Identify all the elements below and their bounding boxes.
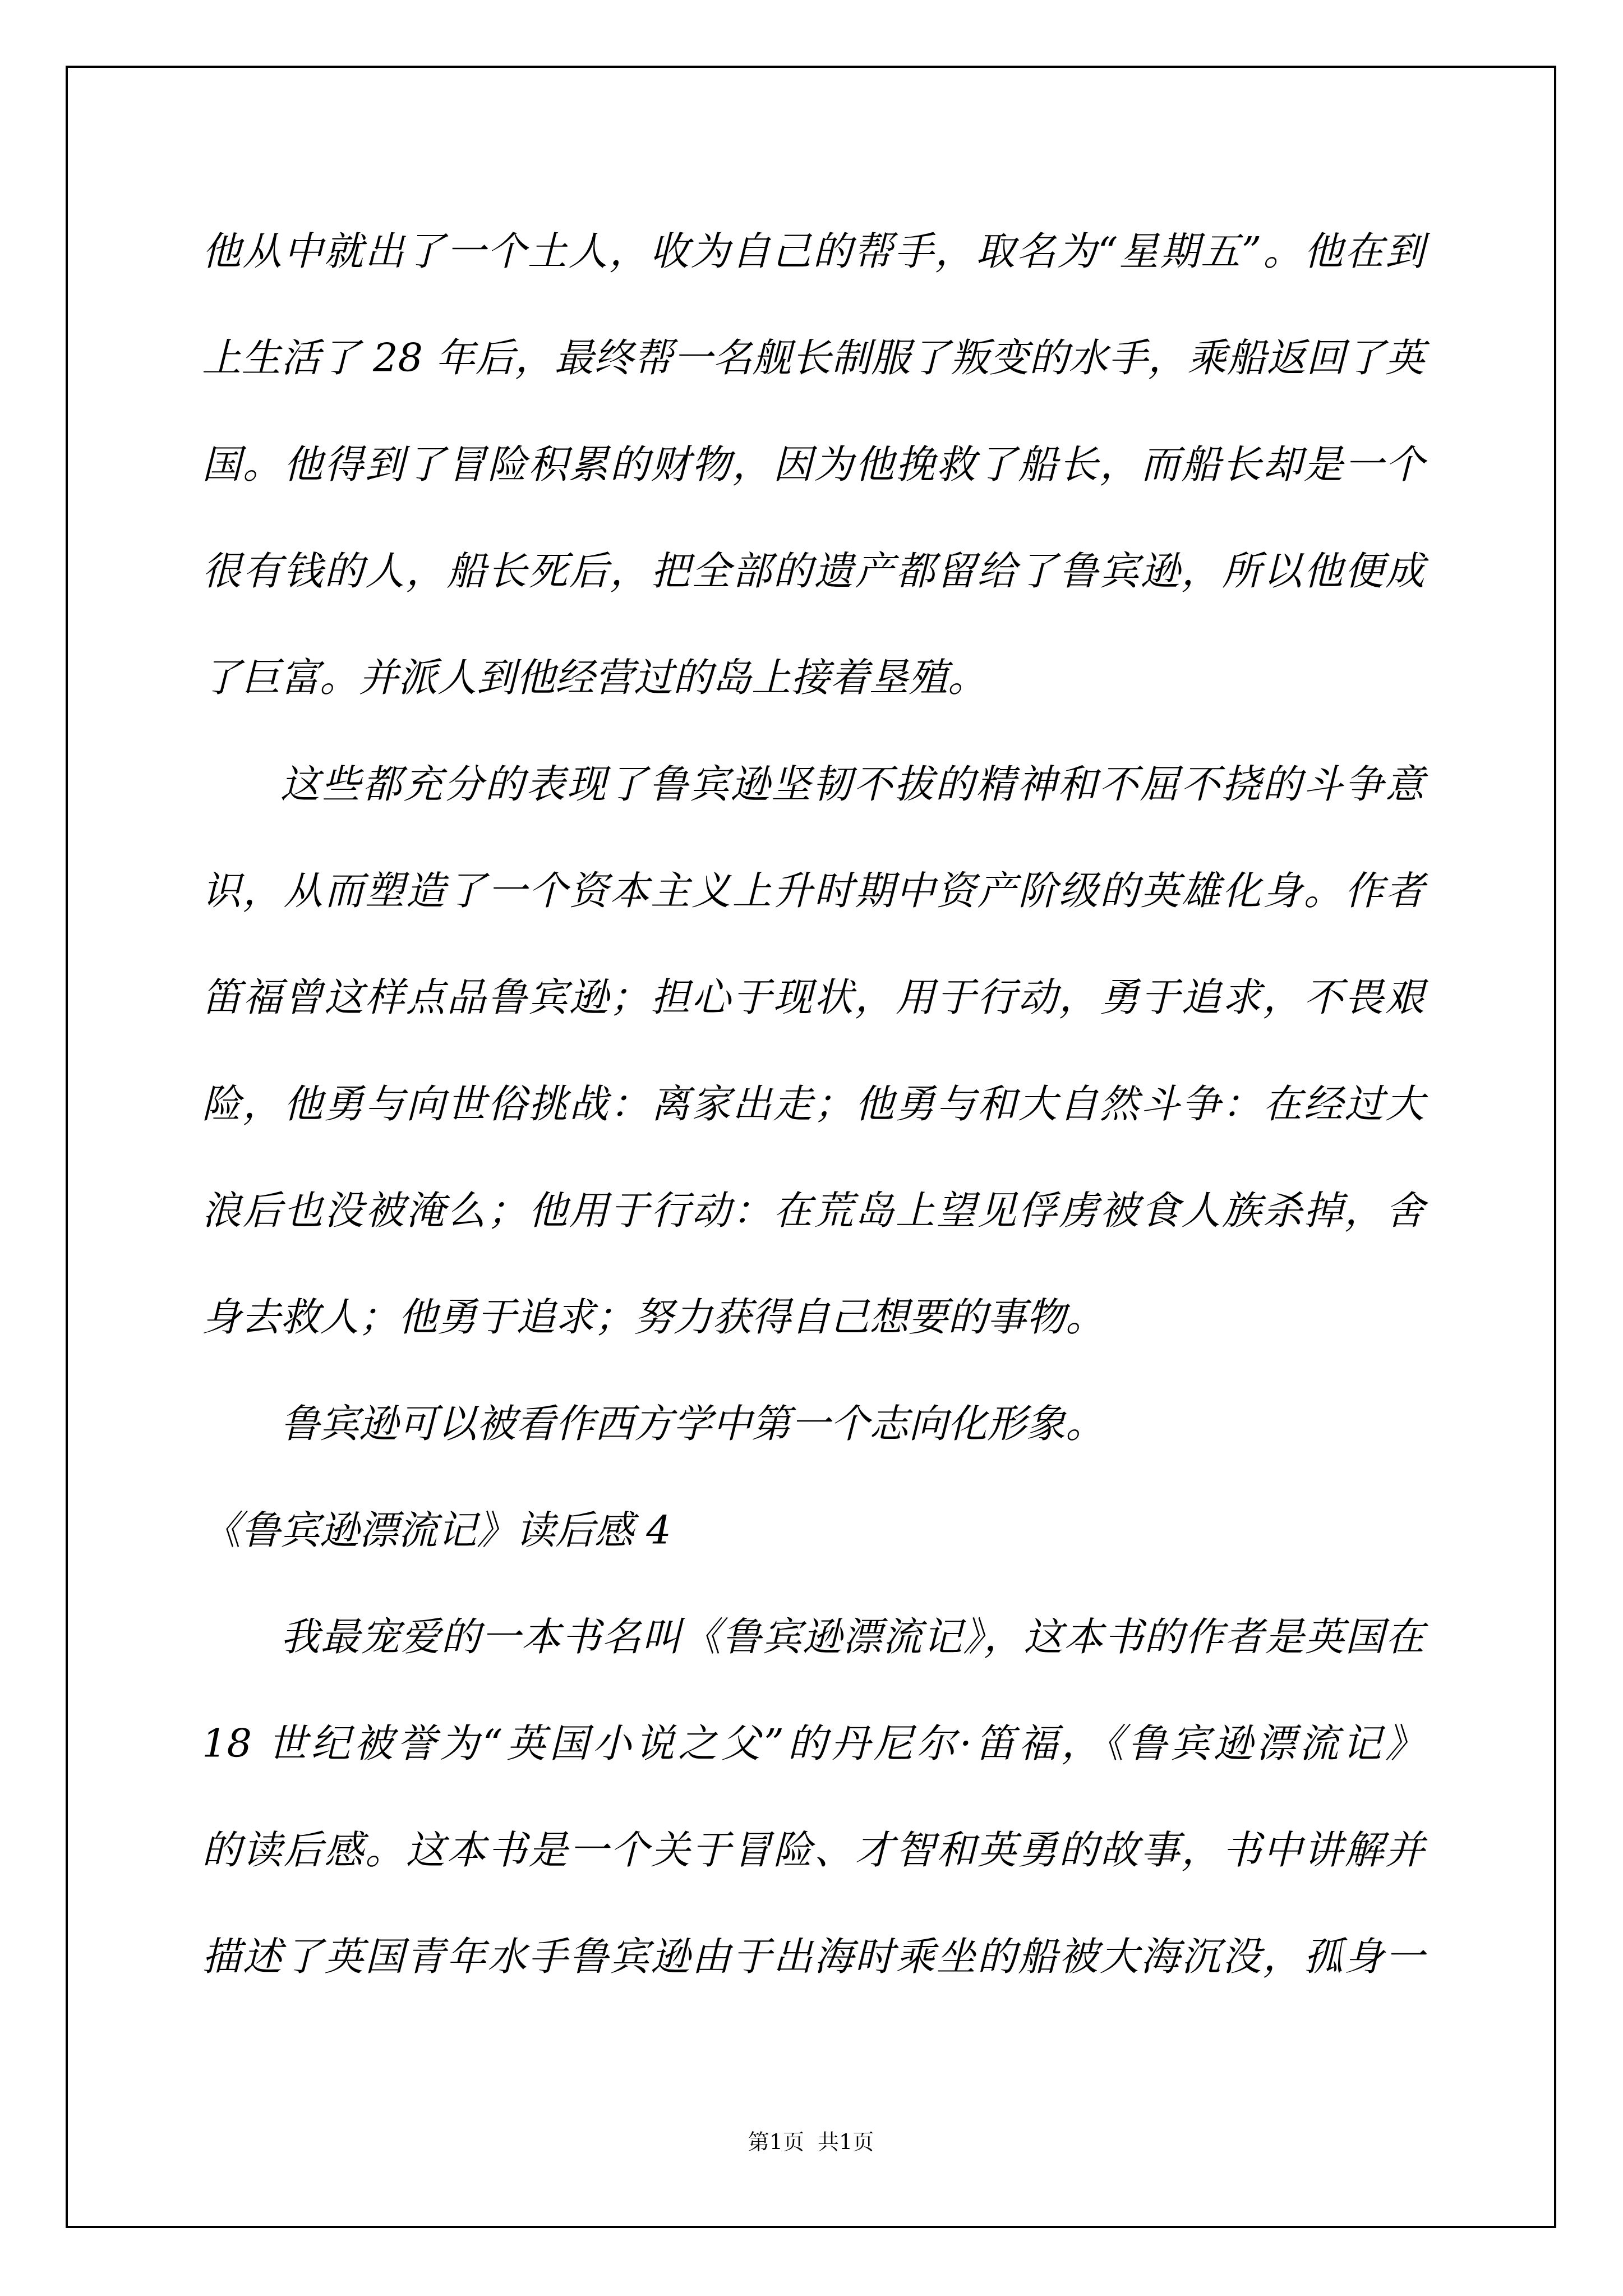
text-line: 鲁宾逊可以被看作西方学中第一个志向化形象。	[202, 1370, 1424, 1477]
text-line: 上生活了 28 年后，最终帮一名舰长制服了叛变的水手，乘船返回了英	[202, 305, 1424, 411]
text-line: 险，他勇与向世俗挑战：离家出走；他勇与和大自然斗争：在经过大	[202, 1051, 1424, 1157]
text-line: 浪后也没被淹么；他用于行动：在荒岛上望见俘虏被食人族杀掉，舍	[202, 1157, 1424, 1264]
text-line: 国。他得到了冒险积累的财物，因为他挽救了船长，而船长却是一个	[202, 411, 1424, 518]
text-line: 18 世纪被誉为“英国小说之父”的丹尼尔·笛福，《鲁宾逊漂流记》	[202, 1690, 1424, 1797]
page-footer: 第1页 共1页	[66, 2125, 1556, 2159]
text-line: 《鲁宾逊漂流记》读后感 4	[202, 1477, 1424, 1584]
text-block: 他从中就出了一个土人，收为自己的帮手，取名为“星期五”。他在到上生活了 28 年…	[202, 198, 1424, 2010]
text-line: 的读后感。这本书是一个关于冒险、才智和英勇的故事，书中讲解并	[202, 1797, 1424, 1903]
text-line: 我最宠爱的一本书名叫《鲁宾逊漂流记》，这本书的作者是英国在	[202, 1584, 1424, 1690]
text-line: 身去救人；他勇于追求；努力获得自己想要的事物。	[202, 1264, 1424, 1370]
text-line: 这些都充分的表现了鲁宾逊坚韧不拔的精神和不屈不挠的斗争意	[202, 731, 1424, 838]
text-line: 识，从而塑造了一个资本主义上升时期中资产阶级的英雄化身。作者	[202, 838, 1424, 944]
text-line: 笛福曾这样点品鲁宾逊；担心于现状，用于行动，勇于追求，不畏艰	[202, 944, 1424, 1051]
text-line: 描述了英国青年水手鲁宾逊由于出海时乘坐的船被大海沉没，孤身一	[202, 1903, 1424, 2010]
text-line: 他从中就出了一个土人，收为自己的帮手，取名为“星期五”。他在到	[202, 198, 1424, 305]
document-page: 他从中就出了一个土人，收为自己的帮手，取名为“星期五”。他在到上生活了 28 年…	[0, 0, 1623, 2296]
text-line: 很有钱的人，船长死后，把全部的遗产都留给了鲁宾逊，所以他便成	[202, 518, 1424, 624]
text-line: 了巨富。并派人到他经营过的岛上接着垦殖。	[202, 624, 1424, 731]
